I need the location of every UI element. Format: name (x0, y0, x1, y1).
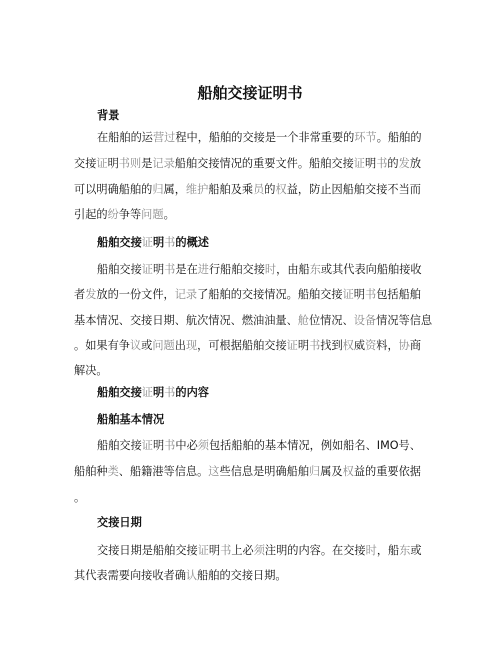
text-segment: 船舶交接 (97, 439, 142, 452)
faded-text-segment: 现 (186, 339, 197, 352)
text-segment: ，可根据船舶交接 (197, 339, 287, 352)
text-segment: 益的重要依据 (354, 465, 421, 478)
paragraph-line: 船舶交接证明书中必须包括船舶的基本情况，例如船名、IMO号、 (97, 438, 421, 454)
text-segment: 情况等信息 (376, 314, 432, 327)
faded-text-segment: 维护 (186, 183, 208, 196)
text-segment: 船舶种 (74, 465, 108, 478)
paragraph-line: 其代表需要向接收者确认船舶的交接日期。 (74, 568, 287, 584)
text-segment: 包括船舶 (376, 288, 421, 301)
faded-text-segment: 发 (399, 157, 410, 170)
text-segment: 交接日期是船舶交接 (97, 544, 198, 557)
section-heading: 船舶交接证明书的内容 (97, 385, 209, 401)
faded-text-segment: 证 (142, 263, 153, 276)
text-segment: 的 (264, 183, 275, 196)
faded-text-segment: 类 (108, 465, 119, 478)
text-segment: 。船舶的 (377, 131, 422, 144)
document-title: 船舶交接证明书 (0, 83, 500, 103)
text-segment: 是 (141, 157, 152, 170)
paragraph-line: 交接日期是船舶交接证明书上必须注明的内容。在交接时，船东或 (97, 543, 422, 559)
text-segment: 的概述 (175, 236, 209, 249)
text-segment: 可以明确船舶的 (74, 183, 152, 196)
faded-text-segment: 问题 (141, 208, 163, 221)
text-segment: 些信息是明确船舶 (220, 465, 310, 478)
text-segment: 包括船舶的基本情况，例如船名、IMO号、 (209, 439, 421, 452)
text-segment: 的内容 (175, 386, 209, 399)
faded-text-segment: 发 (85, 288, 96, 301)
text-segment: 属， (164, 183, 186, 196)
faded-text-segment: 证 (343, 288, 354, 301)
faded-text-segment: 东 (399, 544, 410, 557)
text-segment: 中必 (175, 439, 197, 452)
faded-text-segment: 认 (186, 569, 197, 582)
paragraph-line: 船舶交接证明书是在进行船舶交接时，由船东或其代表向船舶接收 (97, 262, 422, 278)
faded-text-segment: 问题 (152, 339, 174, 352)
text-segment: 明 (298, 339, 309, 352)
text-segment: 商 (410, 339, 421, 352)
document-page: 船舶交接证明书 背景在船舶的运营过程中，船舶的交接是一个非常重要的环节。船舶的交… (0, 0, 500, 647)
text-segment: 。 (164, 208, 175, 221)
text-segment: 明 (354, 288, 365, 301)
faded-text-segment: 权 (343, 339, 354, 352)
faded-text-segment: 这 (208, 465, 219, 478)
faded-text-segment: 证 (198, 544, 209, 557)
text-segment: 行船舶交接 (209, 263, 265, 276)
faded-text-segment: 归 (152, 183, 163, 196)
faded-text-segment: 书 (365, 288, 376, 301)
text-segment: 其代表需要向接收者确 (74, 569, 186, 582)
faded-text-segment: 书 (220, 544, 231, 557)
faded-text-segment: 证 (287, 339, 298, 352)
text-segment: 。 (74, 491, 85, 504)
faded-text-segment: 书 (164, 236, 175, 249)
text-segment: 放的一份文件， (96, 288, 174, 301)
text-segment: 引起的 (74, 208, 108, 221)
text-segment: 明 (209, 544, 220, 557)
text-segment: 程中，船舶的交接是一个非常重要的 (175, 131, 354, 144)
faded-text-segment: 书 (164, 386, 175, 399)
text-segment: 明 (153, 439, 164, 452)
text-segment: 者 (74, 288, 85, 301)
paragraph-line: 。如果有争议或问题出现，可根据船舶交接证明书找到权威资料，协商 (74, 338, 421, 354)
text-segment: 益，防止因船舶交接不当而 (287, 183, 421, 196)
text-segment: 船舶交接情况的重要文件。船舶交接 (175, 157, 354, 170)
text-segment: 争等 (119, 208, 141, 221)
text-segment: 或 (410, 544, 421, 557)
faded-text-segment: 议 (130, 339, 141, 352)
faded-text-segment: 营过 (153, 131, 175, 144)
text-segment: 或其代表向船舶接收 (321, 263, 422, 276)
text-segment: 在船舶的运 (97, 131, 153, 144)
section-heading: 背景 (97, 108, 119, 124)
faded-text-segment: 时 (366, 544, 377, 557)
faded-text-segment: 证 (142, 439, 153, 452)
section-heading: 交接日期 (97, 515, 142, 531)
section-heading: 船舶基本情况 (97, 412, 164, 428)
faded-text-segment: 证 (142, 386, 153, 399)
paragraph-line: 可以明确船舶的归属，维护船舶及乘员的权益，防止因船舶交接不当而 (74, 182, 421, 198)
text-segment: 交接 (74, 157, 96, 170)
faded-text-segment: 员 (253, 183, 264, 196)
faded-text-segment: 归 (309, 465, 320, 478)
paragraph-line: 船舶种类、船籍港等信息。这些信息是明确船舶归属及权益的重要依据 (74, 464, 421, 480)
paragraph-line: 者发放的一份文件，记录了船舶的交接情况。船舶交接证明书包括船舶 (74, 287, 421, 303)
text-segment: 威 (354, 339, 365, 352)
text-segment: 上必 (231, 544, 253, 557)
text-segment: 明 (153, 386, 164, 399)
paragraph-line: 交接证明书则是记录船舶交接情况的重要文件。船舶交接证明书的发放 (74, 156, 421, 172)
text-segment: 出 (175, 339, 186, 352)
text-segment: 属及 (320, 465, 342, 478)
paragraph-line: 基本情况、交接日期、航次情况、燃油油量、舱位情况、设备情况等信息 (74, 313, 432, 329)
text-segment: 找到 (320, 339, 342, 352)
text-segment: 放 (410, 157, 421, 170)
faded-text-segment: 证 (96, 157, 107, 170)
faded-text-segment: 协 (399, 339, 410, 352)
faded-text-segment: 进 (198, 263, 209, 276)
faded-text-segment: 书 (309, 339, 320, 352)
text-segment: 基本情况、交接日期、航次情况、燃油油量、 (74, 314, 298, 327)
faded-text-segment: 书 (164, 439, 175, 452)
paragraph-line: 在船舶的运营过程中，船舶的交接是一个非常重要的环节。船舶的 (97, 130, 422, 146)
text-segment: 船舶及乘 (208, 183, 253, 196)
faded-text-segment: 记录 (175, 288, 197, 301)
faded-text-segment: 须 (198, 439, 209, 452)
text-segment: 明 (153, 263, 164, 276)
text-segment: 了船舶的交接情况。船舶交接 (197, 288, 342, 301)
text-segment: 明 (108, 157, 119, 170)
faded-text-segment: 设备 (354, 314, 376, 327)
paragraph-line: 解决。 (74, 363, 108, 379)
text-segment: 。如果有争 (74, 339, 130, 352)
faded-text-segment: 证 (142, 236, 153, 249)
text-segment: 明 (153, 236, 164, 249)
text-segment: 位情况、 (309, 314, 354, 327)
faded-text-segment: 书则 (119, 157, 141, 170)
text-segment: 船舶的交接日期。 (197, 569, 287, 582)
paragraph-line: 引起的纷争等问题。 (74, 207, 175, 223)
text-segment: 船舶交接 (97, 386, 142, 399)
faded-text-segment: 记录 (152, 157, 174, 170)
text-segment: ，船 (377, 544, 399, 557)
faded-text-segment: 纷 (108, 208, 119, 221)
text-segment: 船舶交接 (97, 263, 142, 276)
faded-text-segment: 书 (164, 263, 175, 276)
faded-text-segment: 须 (254, 544, 265, 557)
faded-text-segment: 证 (354, 157, 365, 170)
text-segment: ，由船 (276, 263, 310, 276)
faded-text-segment: 东 (310, 263, 321, 276)
faded-text-segment: 舱 (298, 314, 309, 327)
faded-text-segment: 环节 (354, 131, 376, 144)
text-segment: 明 (365, 157, 376, 170)
text-segment: 是在 (175, 263, 197, 276)
text-segment: 船舶交接 (97, 236, 142, 249)
text-segment: 、船籍港等信息。 (119, 465, 209, 478)
text-segment: 解决。 (74, 364, 108, 377)
text-segment: 的 (387, 157, 398, 170)
text-segment: 注明的内容。在交接 (265, 544, 366, 557)
faded-text-segment: 书 (376, 157, 387, 170)
faded-text-segment: 权 (275, 183, 286, 196)
faded-text-segment: 时 (265, 263, 276, 276)
text-segment: 料， (376, 339, 398, 352)
paragraph-line: 。 (74, 490, 85, 506)
text-segment: 或 (141, 339, 152, 352)
faded-text-segment: 资 (365, 339, 376, 352)
faded-text-segment: 权 (343, 465, 354, 478)
section-heading: 船舶交接证明书的概述 (97, 235, 209, 251)
